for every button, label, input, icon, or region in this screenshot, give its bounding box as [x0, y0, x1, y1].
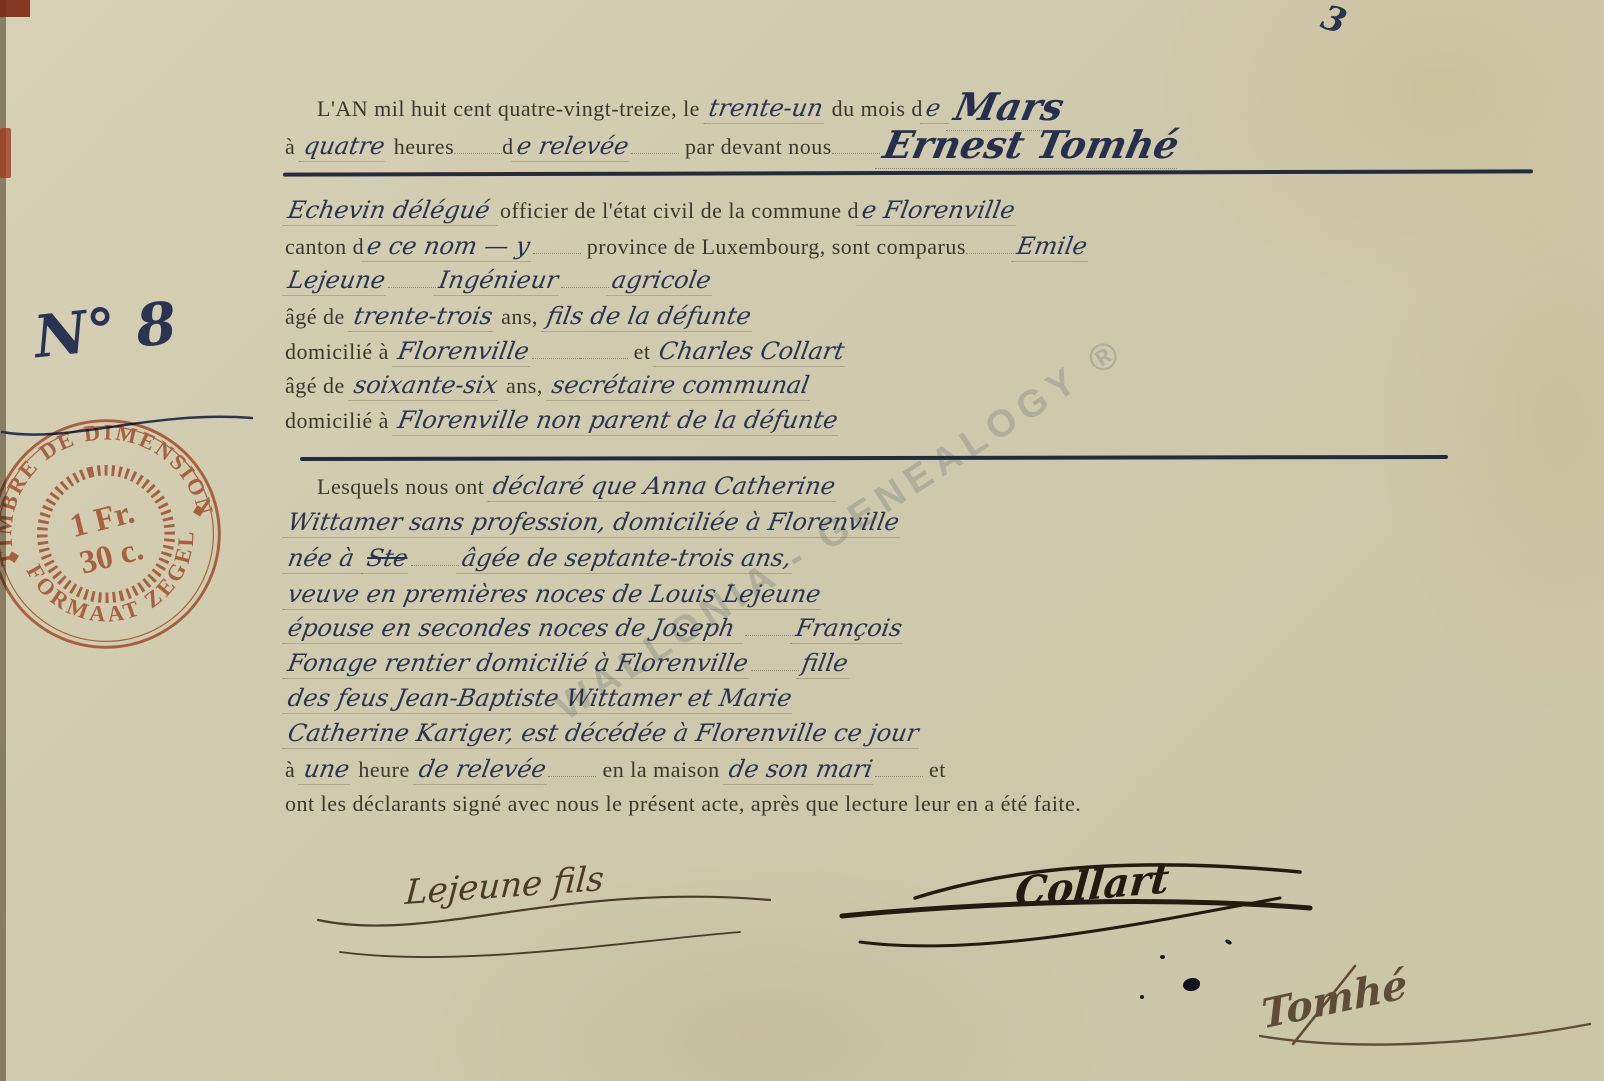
handwritten-text: trente-un	[703, 94, 828, 124]
ink-speck	[1140, 995, 1144, 999]
handwritten-text: secrétaire communal	[546, 371, 814, 401]
act-line: à quatre heuresde relevée par devant nou…	[285, 122, 1555, 159]
handwritten-text: née à	[282, 544, 367, 574]
handwritten-text: âgée de septante-trois ans,	[456, 544, 796, 574]
handwritten-text: e ce nom — y	[362, 232, 536, 262]
rule-line	[283, 169, 1533, 176]
printed-text: canton d	[285, 234, 364, 259]
dotted-blank	[751, 656, 799, 671]
act-line: Echevin délégué officier de l'état civil…	[285, 196, 1555, 233]
dotted-blank	[875, 762, 923, 777]
handwritten-text: fille	[796, 649, 853, 679]
printed-text: ont les déclarants signé avec nous le pr…	[285, 791, 1081, 816]
act-line: Catherine Kariger, est décédée à Florenv…	[285, 719, 1555, 756]
printed-text: ans,	[500, 373, 549, 398]
dotted-blank	[548, 762, 596, 777]
act-line: LejeuneIngénieuragricole	[285, 266, 1555, 303]
printed-text: et	[923, 757, 946, 782]
act-line: âgé de trente-trois ans, fils de la défu…	[285, 302, 1555, 339]
act-line: domicilié à Florenville non parent de la…	[285, 406, 1555, 443]
printed-text: en la maison	[596, 757, 725, 782]
printed-text: officier de l'état civil de la commune d	[500, 198, 859, 223]
act-line: des feus Jean-Baptiste Wittamer et Marie	[285, 684, 1555, 721]
act-line: canton de ce nom — y province de Luxembo…	[285, 232, 1555, 269]
printed-text: par devant nous	[679, 134, 832, 159]
handwritten-text: Ingénieur	[433, 266, 563, 296]
handwritten-text: e Florenville	[856, 196, 1020, 226]
dotted-blank	[533, 239, 581, 254]
act-line: née à Steâgée de septante-trois ans,	[285, 544, 1555, 581]
act-line: épouse en secondes noces de Joseph Franç…	[285, 614, 1555, 651]
ink-speck	[1160, 955, 1165, 959]
handwritten-text: Lejeune	[282, 266, 390, 296]
act-body: L'AN mil huit cent quatre-vingt-treize, …	[0, 0, 1604, 1081]
handwritten-text: François	[790, 614, 907, 644]
handwritten-text: quatre	[299, 132, 391, 162]
printed-text: heures	[388, 134, 454, 159]
act-line: domicilié à Florenville et Charles Colla…	[285, 337, 1555, 374]
handwritten-text: Fonage rentier domicilié à Florenville	[282, 649, 753, 679]
handwritten-text: épouse en secondes noces de Joseph	[282, 614, 747, 644]
printed-text: domicilié à	[285, 339, 395, 364]
dotted-blank	[631, 139, 679, 154]
printed-text: âgé de	[285, 304, 351, 329]
act-line: ont les déclarants signé avec nous le pr…	[285, 790, 1555, 827]
handwritten-text: des feus Jean-Baptiste Wittamer et Marie	[282, 684, 797, 714]
handwritten-text: trente-trois	[348, 302, 498, 332]
handwritten-text: fils de la défunte	[541, 302, 756, 332]
printed-text: heure	[352, 757, 415, 782]
dotted-blank	[745, 621, 793, 636]
handwritten-text: Emile	[1011, 232, 1092, 262]
dotted-blank	[532, 344, 580, 359]
handwritten-text: déclaré que Anna Catherine	[488, 472, 841, 502]
signature-declarant-lejeune: Lejeune fils	[310, 848, 790, 968]
printed-text: L'AN mil huit cent quatre-vingt-treize, …	[317, 96, 706, 121]
handwritten-text: Wittamer sans profession, domiciliée à F…	[282, 508, 904, 538]
handwritten-text: veuve en premières noces de Louis Lejeun…	[282, 580, 826, 610]
handwritten-text: Florenville non parent de la défunte	[392, 406, 843, 436]
handwritten-text: Catherine Kariger, est décédée à Florenv…	[282, 719, 924, 749]
printed-text: et	[628, 339, 657, 364]
printed-text: domicilié à	[285, 408, 395, 433]
handwritten-name: Ernest Tomhé	[875, 122, 1187, 169]
dotted-blank	[388, 273, 436, 288]
rule-line	[300, 455, 1448, 461]
act-line: à une heure de relevée en la maison de s…	[285, 755, 1555, 792]
handwritten-text: Florenville	[392, 337, 534, 367]
printed-text: âgé de	[285, 373, 351, 398]
handwritten-text: Charles Collart	[654, 337, 850, 367]
act-line: Lesquels nous ont déclaré que Anna Cathe…	[285, 472, 1587, 509]
handwritten-text: de son mari	[723, 755, 878, 785]
printed-text: province de Luxembourg, sont comparus	[581, 234, 966, 259]
dotted-blank	[966, 239, 1014, 254]
handwritten-text: Echevin délégué	[282, 196, 502, 226]
dotted-blank	[832, 139, 880, 154]
act-line: L'AN mil huit cent quatre-vingt-treize, …	[285, 84, 1587, 121]
printed-text: ans,	[495, 304, 544, 329]
handwritten-text: e relevée	[511, 132, 634, 162]
act-line: âgé de soixante-six ans, secrétaire comm…	[285, 371, 1555, 408]
handwritten-text: une	[299, 755, 355, 785]
handwritten-text: de relevée	[413, 755, 551, 785]
printed-text: du mois d	[826, 96, 923, 121]
dotted-blank	[580, 344, 628, 359]
handwritten-struck: Ste	[362, 544, 414, 574]
dotted-blank	[561, 273, 609, 288]
act-line: Wittamer sans profession, domiciliée à F…	[285, 508, 1555, 545]
act-line: veuve en premières noces de Louis Lejeun…	[285, 580, 1555, 617]
signature-officer: Tomhé	[1205, 948, 1595, 1078]
handwritten-text: soixante-six	[348, 371, 503, 401]
scanned-death-record: N° 8 3 TIMBRE DE DIMENSION FORMAAT ZEGEL…	[0, 0, 1604, 1081]
dotted-blank	[411, 551, 459, 566]
dotted-blank	[454, 139, 502, 154]
printed-text: Lesquels nous ont	[317, 474, 490, 499]
act-line: Fonage rentier domicilié à Florenvillefi…	[285, 649, 1555, 686]
handwritten-text: agricole	[606, 266, 716, 296]
